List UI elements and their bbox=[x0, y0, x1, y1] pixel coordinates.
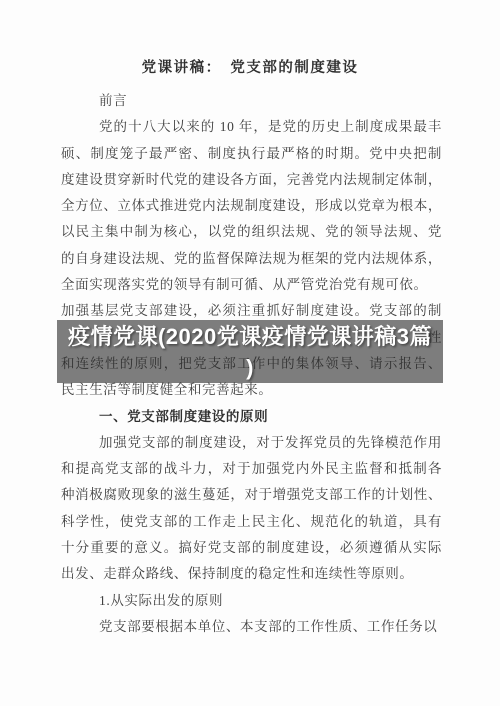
text-line: 全面实现落实党的领导有制可循、从严管党治党有规可依。 bbox=[61, 272, 442, 298]
text-line: 以民主集中制为核心，以党的组织法规、党的领导法规、党 bbox=[61, 219, 442, 245]
text-line: 一、党支部制度建设的原则 bbox=[61, 404, 442, 430]
text-line: 科学性，使党支部的工作走上民主化、规范化的轨道，具有 bbox=[61, 509, 442, 535]
text-line: 党支部要根据本单位、本支部的工作性质、工作任务以 bbox=[61, 614, 442, 640]
text-line: 种消极腐败现象的滋生蔓延，对于增强党支部工作的计划性、 bbox=[61, 482, 442, 508]
text-line: 前言 bbox=[61, 88, 442, 114]
watermark-title-line1: 疫情党课(2020党课疫情党课讲稿3篇 bbox=[68, 321, 432, 352]
text-line: 硕、制度笼子最严密、制度执行最严格的时期。党中央把制 bbox=[61, 141, 442, 167]
watermark-banner: 疫情党课(2020党课疫情党课讲稿3篇 ) bbox=[57, 320, 443, 383]
document-title: 党课讲稿： 党支部的制度建设 bbox=[0, 58, 500, 78]
text-line: 党的十八大以来的 10 年，是党的历史上制度成果最丰 bbox=[61, 114, 442, 140]
text-line: 全方位、立体式推进党内法规制度建设，形成以党章为根本， bbox=[61, 193, 442, 219]
text-line: 和提高党支部的战斗力，对于加强党内外民主监督和抵制各 bbox=[61, 456, 442, 482]
text-line: 度建设贯穿新时代党的建设各方面，完善党内法规制定体制， bbox=[61, 167, 442, 193]
watermark-title-line2: ) bbox=[246, 352, 254, 383]
text-line: 十分重要的意义。搞好党支部的制度建设，必须遵循从实际 bbox=[61, 535, 442, 561]
text-line: 出发、走群众路线、保持制度的稳定性和连续性等原则。 bbox=[61, 561, 442, 587]
text-line: 的自身建设法规、党的监督保障法规为框架的党内法规体系， bbox=[61, 246, 442, 272]
text-line: 加强党支部的制度建设，对于发挥党员的先锋模范作用 bbox=[61, 430, 442, 456]
document-page: 党课讲稿： 党支部的制度建设 前言党的十八大以来的 10 年，是党的历史上制度成… bbox=[0, 0, 500, 706]
text-line: 1.从实际出发的原则 bbox=[61, 588, 442, 614]
